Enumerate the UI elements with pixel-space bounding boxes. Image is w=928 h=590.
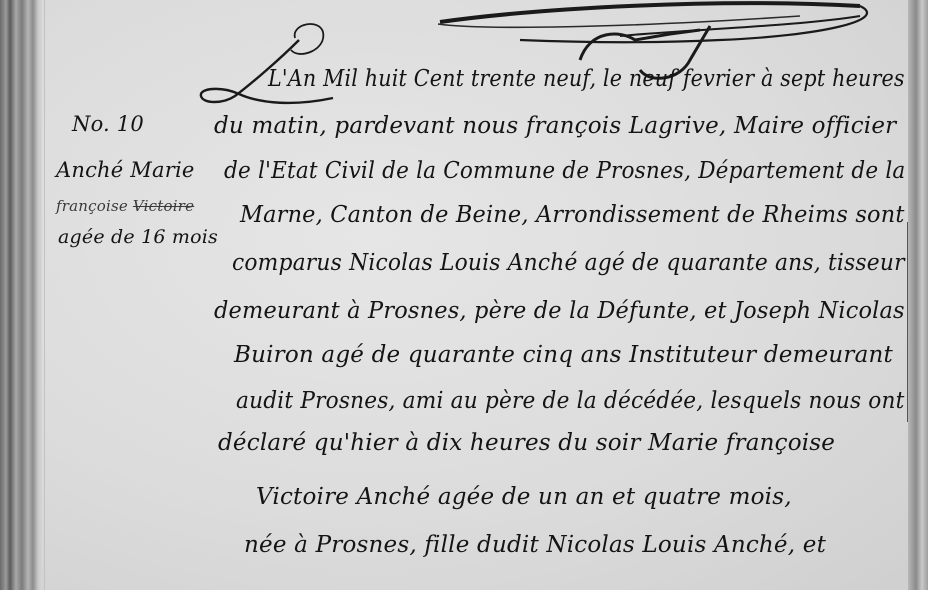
margin-rule xyxy=(44,0,45,590)
record-line-9: déclaré qu'hier à dix heures du soir Mar… xyxy=(218,430,835,456)
record-line-7: Buiron agé de quarante cinq ans Institut… xyxy=(234,342,893,368)
entry-number: No. 10 xyxy=(72,112,144,136)
record-line-1: L'An Mil huit Cent trente neuf, le neuf … xyxy=(268,66,905,92)
page-edge xyxy=(908,0,928,590)
drop-cap-flourish xyxy=(195,10,335,110)
record-line-3: de l'Etat Civil de la Commune de Prosnes… xyxy=(224,158,905,184)
manuscript-page: No. 10 Anché Marie françoise Victoire ag… xyxy=(0,0,928,590)
margin-bracket-line xyxy=(907,222,908,422)
margin-age: agée de 16 mois xyxy=(58,226,218,248)
record-line-6: demeurant à Prosnes, père de la Défunte,… xyxy=(214,298,905,324)
record-line-2: du matin, pardevant nous françois Lagriv… xyxy=(214,113,896,139)
record-line-11: née à Prosnes, fille dudit Nicolas Louis… xyxy=(244,532,826,558)
margin-name-struck: Victoire xyxy=(133,197,194,215)
margin-name: Anché Marie xyxy=(56,158,195,182)
record-line-4: Marne, Canton de Beine, Arrondissement d… xyxy=(240,202,905,228)
margin-name-continued: françoise Victoire xyxy=(56,197,194,215)
book-binding xyxy=(0,0,42,590)
record-line-10: Victoire Anché agée de un an et quatre m… xyxy=(256,484,792,510)
record-line-8: audit Prosnes, ami au père de la décédée… xyxy=(236,388,905,414)
margin-name-second: françoise xyxy=(56,197,128,215)
record-line-5: comparus Nicolas Louis Anché agé de quar… xyxy=(232,250,905,276)
